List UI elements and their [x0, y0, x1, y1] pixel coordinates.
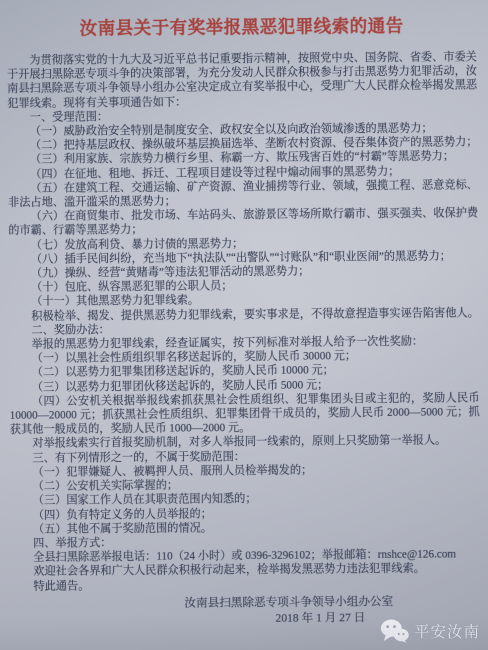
- notice-paragraph: （四）公安机关根据举报线索抓获黑社会性质组织、犯罪集团头目或主犯的，奖励人民币 …: [10, 391, 480, 437]
- notice-sheet: 汝南县关于有奖举报黑恶犯罪线索的通告 为贯彻落实党的十九大及习近平总书记重要指示…: [0, 0, 488, 650]
- notice-paragraph: 为贯彻落实党的十九大及习近平总书记重要指示精神，按照党中央、国务院、省委、市委关…: [7, 50, 477, 111]
- signature-date: 2018 年 1 月 27 日: [11, 609, 481, 629]
- notice-body: 为贯彻落实党的十九大及习近平总书记重要指示精神，按照党中央、国务院、省委、市委关…: [7, 50, 481, 593]
- notice-paragraph: （五）在建筑工程、交通运输、矿产资源、渔业捕捞等行业、领域，强揽工程、恶意竞标、…: [8, 178, 478, 210]
- notice-title: 汝南县关于有奖举报黑恶犯罪线索的通告: [7, 12, 477, 41]
- document-photo: 汝南县关于有奖举报黑恶犯罪线索的通告 为贯彻落实党的十九大及习近平总书记重要指示…: [0, 0, 488, 650]
- notice-paragraph: （六）在商贸集市、批发市场、车站码头、旅游景区等场所欺行霸市、强买强卖、收保护费…: [8, 206, 478, 238]
- notice-paragraph: 特此通告。: [11, 576, 481, 594]
